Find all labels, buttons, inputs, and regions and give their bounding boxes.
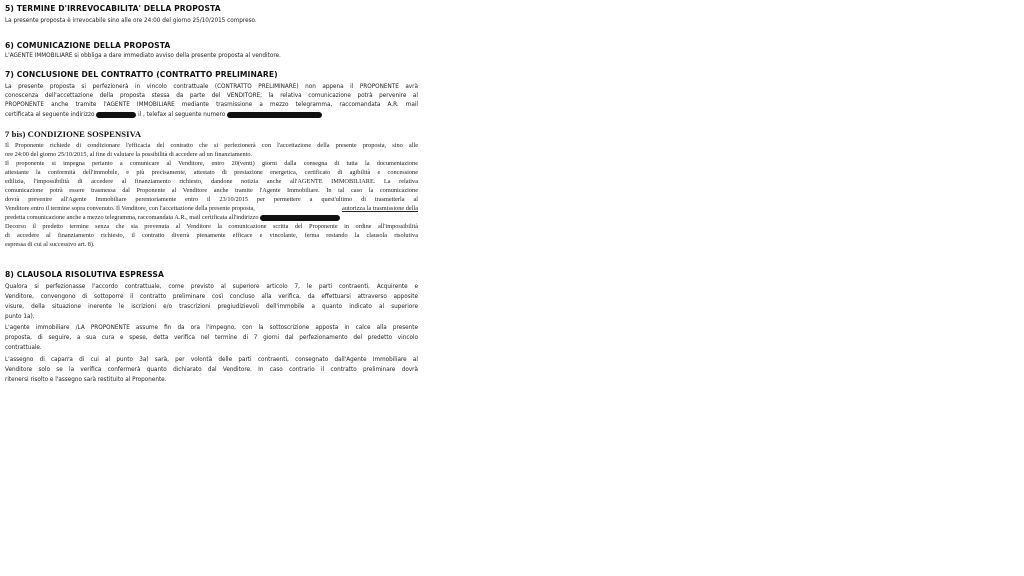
section-8-line: Venditore, convengono di sottoporre il c… (5, 293, 418, 301)
section-7bis-text: Venditore entro il termine sopra convenu… (5, 205, 255, 213)
section-7-text: il , telefax al seguente numero (138, 112, 225, 118)
redaction-mark (260, 215, 340, 221)
section-7bis-line: espressa di cui al successivo art. 8). (5, 241, 418, 249)
section-7-line: conoscenza dell'accettazione della propo… (5, 92, 418, 100)
section-7bis-underlined-text: autorizza la trasmissione della (342, 205, 418, 213)
section-7bis-line: Venditore entro il termine sopra convenu… (5, 205, 418, 213)
section-7bis-line-redacted: predetta comunicazione anche a mezzo tel… (5, 214, 418, 222)
redaction-mark (96, 112, 136, 118)
section-7-line-redacted: certificata al seguente indirizzo il , t… (5, 111, 418, 119)
section-7bis-line: Decorso il predetto termine senza che si… (5, 223, 418, 231)
section-7bis-line: attestante la conformità dell'immobile, … (5, 169, 418, 177)
section-7bis-line: Il Proponente richiede di condizionare l… (5, 142, 418, 150)
section-7bis-line: dovrà prevenire all'Agente Immobiliare p… (5, 196, 418, 204)
section-7bis-line: di accedere al finanziamento richiesto, … (5, 232, 418, 240)
section-6-title: 6) COMUNICAZIONE DELLA PROPOSTA (5, 41, 170, 50)
section-5-line: La presente proposta è irrevocabile sino… (5, 17, 418, 25)
section-8-line: L'agente immobiliare /LA PROPONENTE assu… (5, 324, 418, 332)
section-8-line: contrattuale. (5, 344, 418, 352)
section-8-line: proposta, di seguire, a sua cura e spese… (5, 334, 418, 342)
section-7bis-text: predetta comunicazione anche a mezzo tel… (5, 214, 259, 221)
section-8-line: Venditore solo se la verifica confermerà… (5, 366, 418, 374)
section-8-line: L'assegno di caparra di cui al punto 3a)… (5, 356, 418, 364)
section-8-line: ritenersi risolto e l'assegno sarà resti… (5, 376, 418, 384)
section-7bis-line: edilizia, l'impossibilità di accedere al… (5, 178, 418, 186)
section-7bis-line: comunicazione potrà essere trasmessa dal… (5, 187, 418, 195)
section-7bis-line: ore 24:00 del giorno 25/10/2015, al fine… (5, 151, 418, 159)
section-7bis-line: Il proponente si impegna pertanto a comu… (5, 160, 418, 168)
section-8-line: punto 1a). (5, 313, 418, 321)
section-5-title: 5) TERMINE D'IRREVOCABILITA' DELLA PROPO… (5, 4, 221, 13)
section-7-line: PROPONENTE anche tramite l'AGENTE IMMOBI… (5, 101, 418, 109)
section-7-text: certificata al seguente indirizzo (5, 112, 94, 118)
redaction-mark (227, 112, 322, 118)
section-7-title: 7) CONCLUSIONE DEL CONTRATTO (CONTRATTO … (5, 70, 278, 79)
section-7bis-title: 7 bis) CONDIZIONE SOSPENSIVA (5, 129, 141, 139)
section-7-line: La presente proposta si perfezionerà in … (5, 83, 418, 91)
section-8-line: visure, della situazione inerente le isc… (5, 303, 418, 311)
section-8-line: Qualora si perfezionasse l'accordo contr… (5, 283, 418, 291)
section-6-line: L'AGENTE IMMOBILIARE si obbliga a dare i… (5, 52, 418, 60)
section-8-title: 8) CLAUSOLA RISOLUTIVA ESPRESSA (5, 270, 164, 279)
